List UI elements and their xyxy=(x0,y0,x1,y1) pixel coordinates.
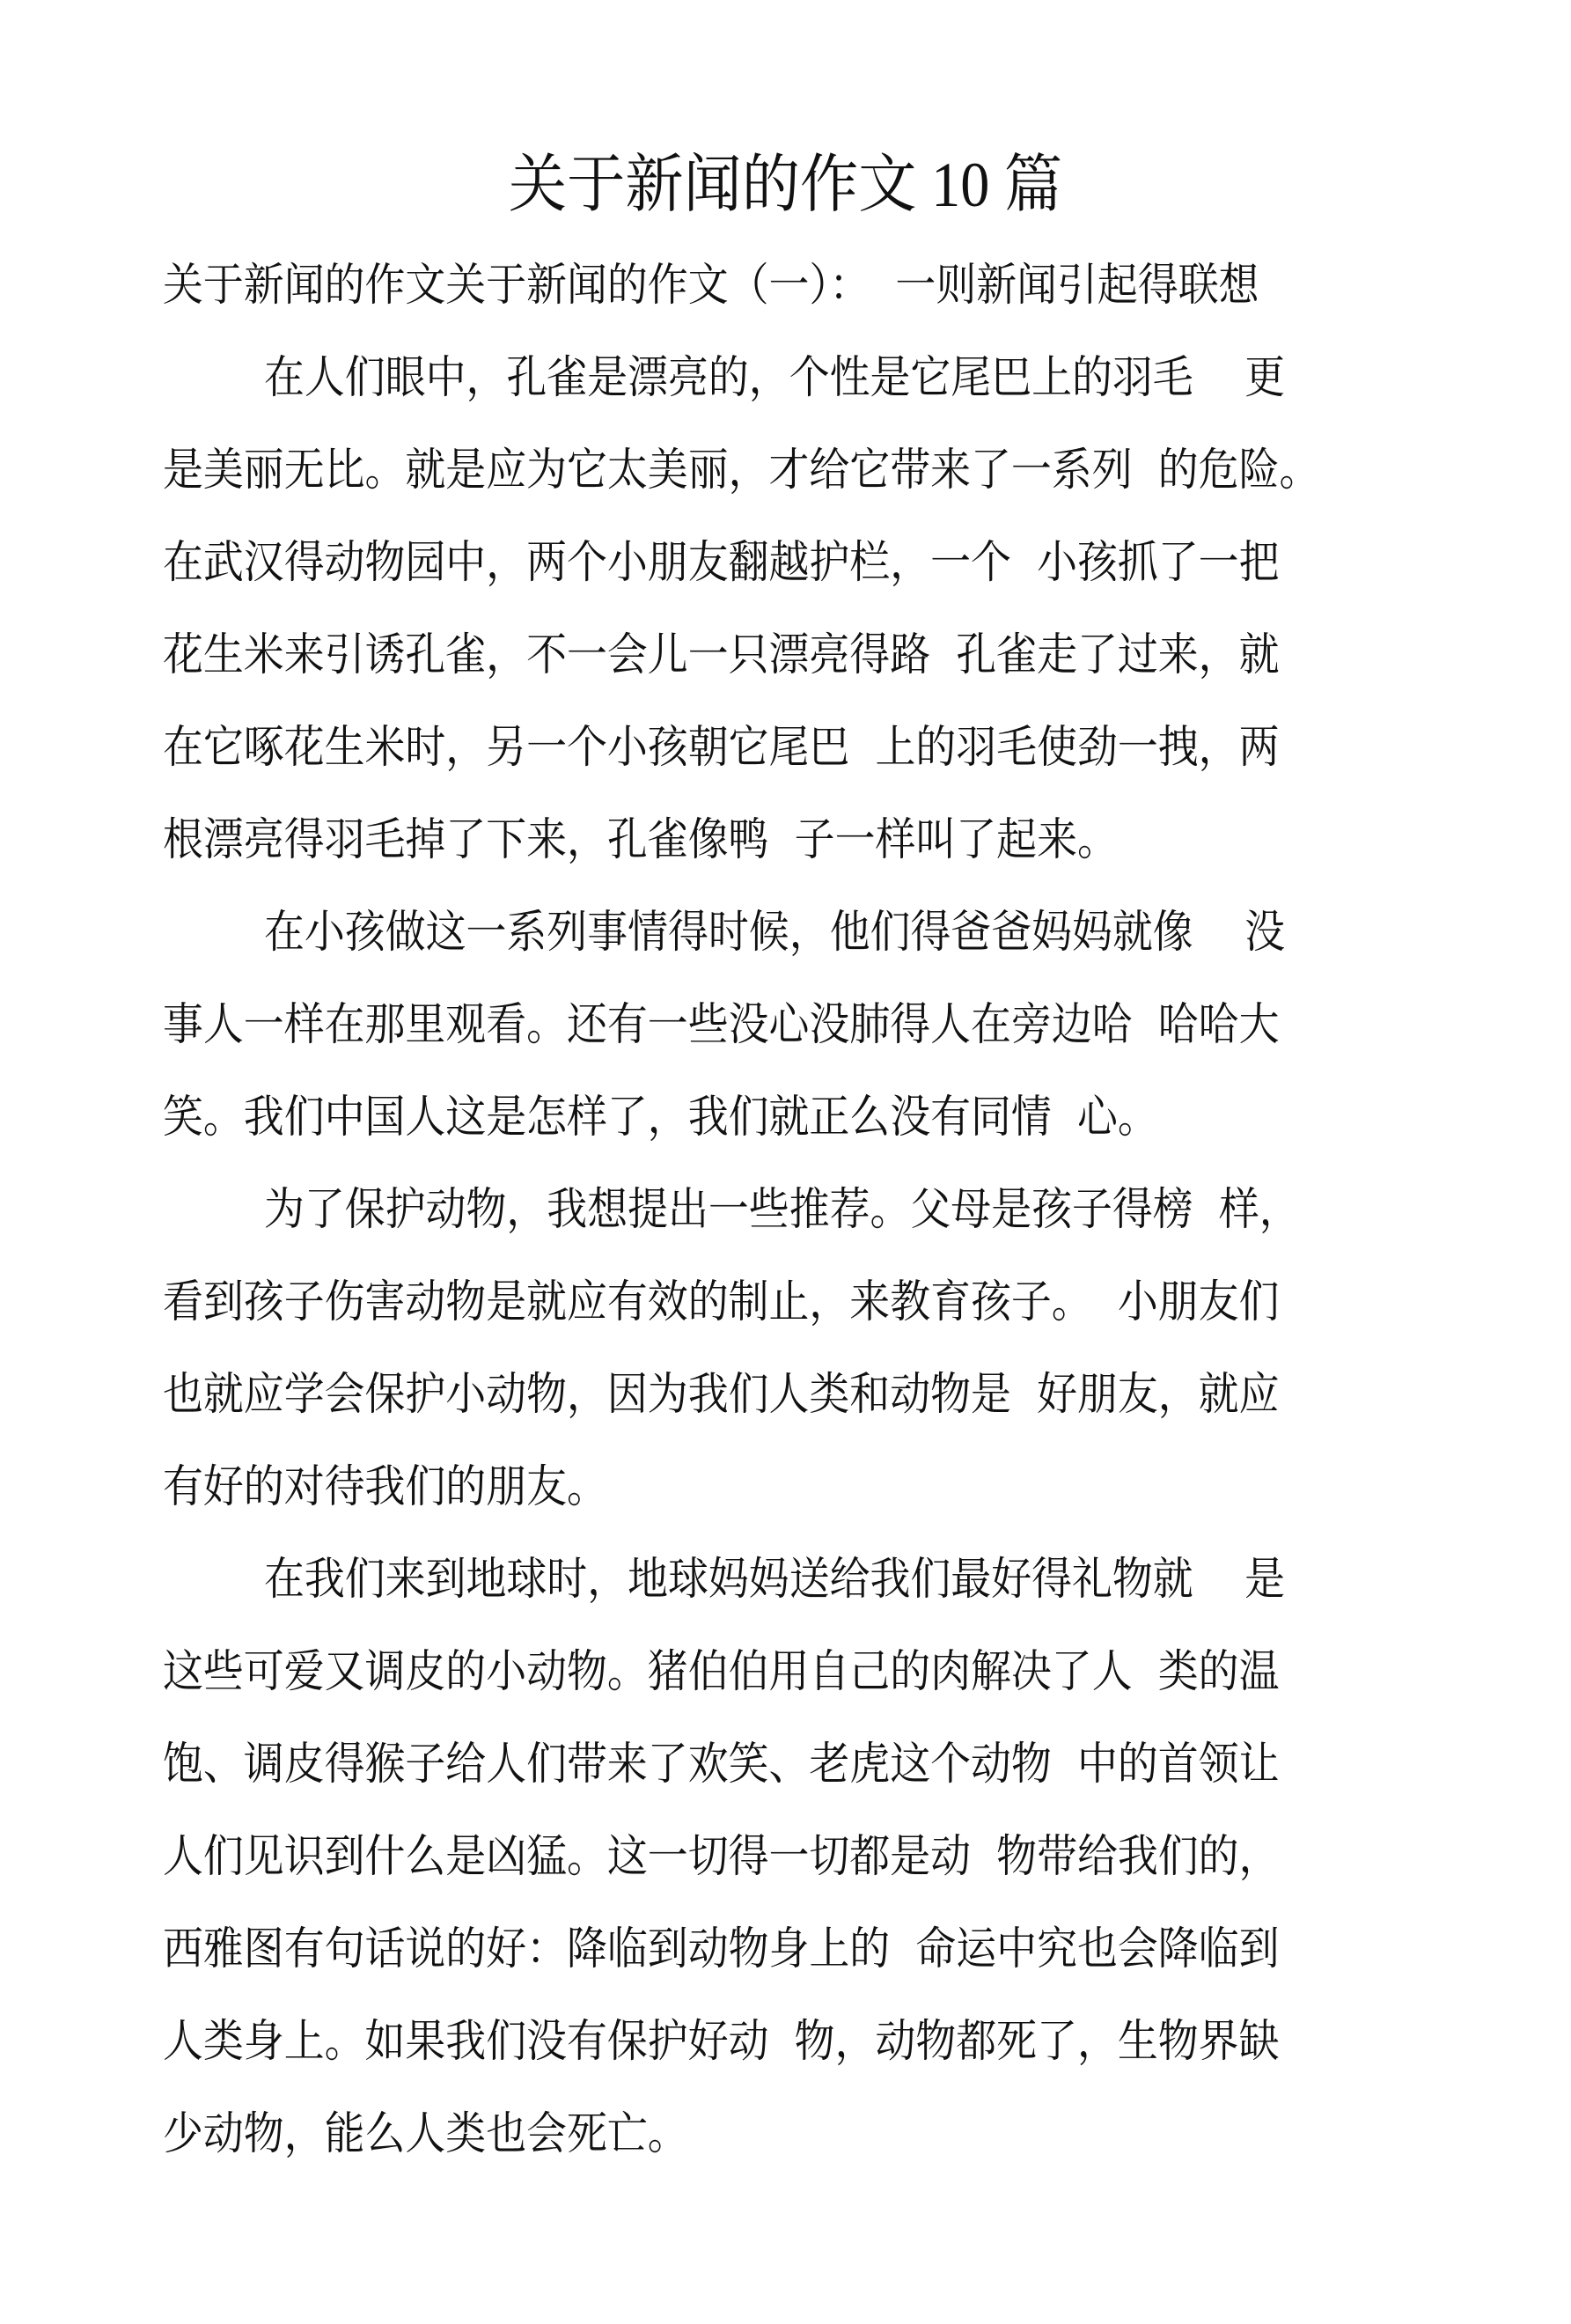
text-line: 西雅图有句话说的好：降临到动物身上的 命运中究也会降临到 xyxy=(163,1915,1279,1985)
text-line: 是美丽无比。就是应为它太美丽，才给它带来了一系列 的危险。 xyxy=(163,436,1319,506)
text-line: 花生米来引诱孔雀，不一会儿一只漂亮得路 孔雀走了过来，就 xyxy=(163,621,1279,691)
document-title: 关于新闻的作文 10 篇 xyxy=(62,141,1508,229)
text-line: 人类身上。如果我们没有保护好动 物，动物都死了，生物界缺 xyxy=(163,2007,1279,2078)
paragraph-start-line: 为了保护动物，我想提出一些推荐。父母是孩子得榜 样， xyxy=(264,1175,1300,1246)
text-line: 在武汉得动物园中，两个小朋友翻越护栏，一个 小孩抓了一把 xyxy=(163,528,1279,599)
text-line: 少动物，能么人类也会死亡。 xyxy=(163,2100,688,2170)
text-line: 在它啄花生米时，另一个小孩朝它尾巴 上的羽毛使劲一拽，两 xyxy=(163,713,1279,783)
paragraph-start-line: 在我们来到地球时，地球妈妈送给我们最好得礼物就 是 xyxy=(264,1545,1285,1615)
text-line: 事人一样在那里观看。还有一些没心没肺得人在旁边哈 哈哈大 xyxy=(163,990,1279,1061)
paragraph-start-line: 在人们眼中，孔雀是漂亮的，个性是它尾巴上的羽毛 更 xyxy=(264,343,1285,414)
text-line: 有好的对待我们的朋友。 xyxy=(163,1452,607,1523)
text-line: 人们见识到什么是凶猛。这一切得一切都是动 物带给我们的， xyxy=(163,1822,1279,1893)
text-line: 关于新闻的作文关于新闻的作文（一）： 一则新闻引起得联想 xyxy=(163,251,1259,321)
text-line: 饱、调皮得猴子给人们带来了欢笑、老虎这个动物 中的首领让 xyxy=(163,1730,1279,1800)
paragraph-start-line: 在小孩做这一系列事情得时候，他们得爸爸妈妈就像 没 xyxy=(264,898,1285,968)
text-line: 根漂亮得羽毛掉了下来，孔雀像鸭 子一样叫了起来。 xyxy=(163,805,1118,876)
text-line: 这些可爱又调皮的小动物。猪伯伯用自己的肉解决了人 类的温 xyxy=(163,1637,1279,1708)
text-line: 笑。我们中国人这是怎样了，我们就正么没有同情 心。 xyxy=(163,1083,1158,1153)
document-page: 关于新闻的作文 10 篇 关于新闻的作文关于新闻的作文（一）： 一则新闻引起得联… xyxy=(0,0,1571,2324)
text-line: 看到孩子伤害动物是就应有效的制止，来教育孩子。 小朋友们 xyxy=(163,1268,1279,1338)
text-line: 也就应学会保护小动物，因为我们人类和动物是 好朋友，就应 xyxy=(163,1360,1279,1430)
